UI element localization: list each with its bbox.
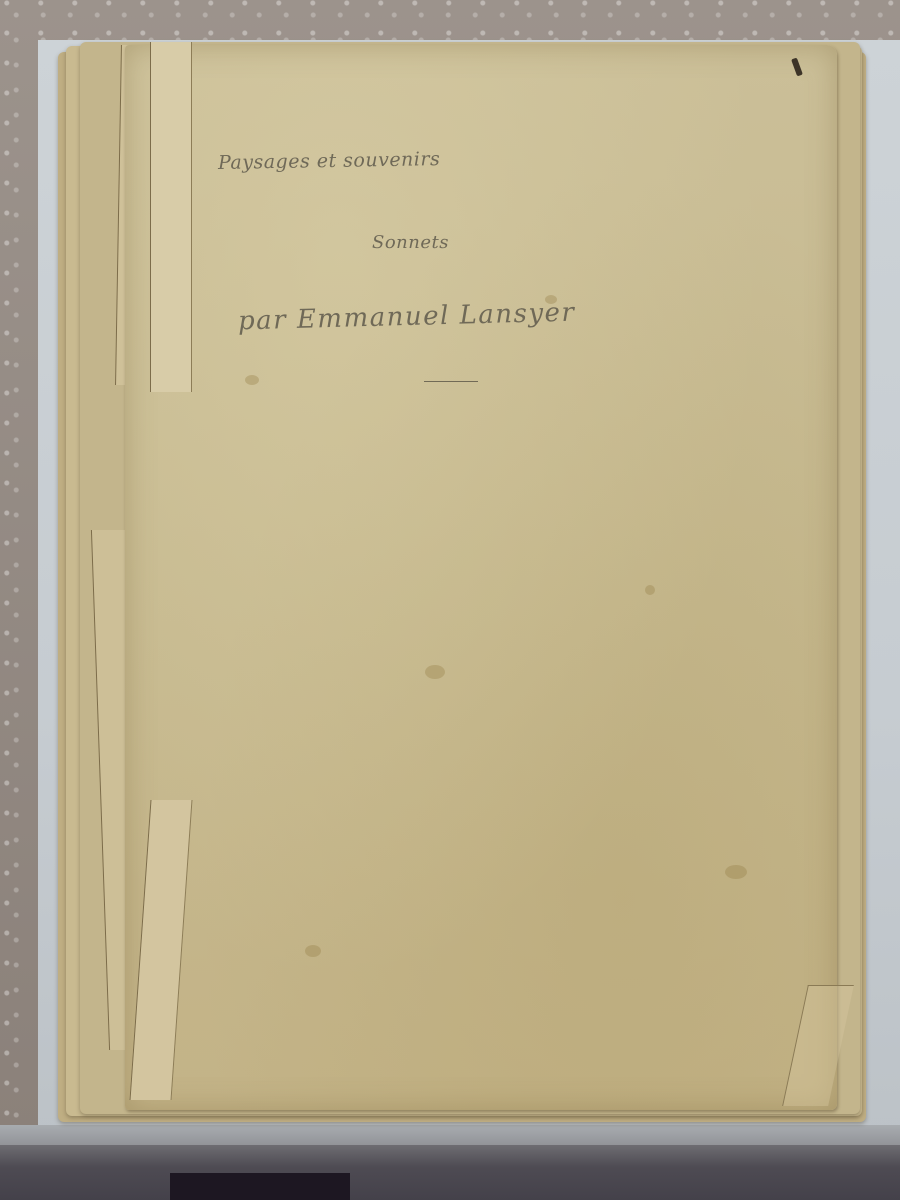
torn-spine-strip (150, 42, 192, 392)
table-edge (0, 1145, 900, 1200)
foxing-spot (425, 665, 445, 679)
manuscript-cover (125, 45, 837, 1110)
foxing-spot (725, 865, 747, 879)
manuscript-subtitle: Sonnets (372, 232, 449, 253)
foxing-spot (645, 585, 655, 595)
separator-rule (424, 381, 478, 382)
manuscript-title: Paysages et souvenirs (218, 148, 441, 174)
foxing-spot (305, 945, 321, 957)
foxing-spot (245, 375, 259, 385)
